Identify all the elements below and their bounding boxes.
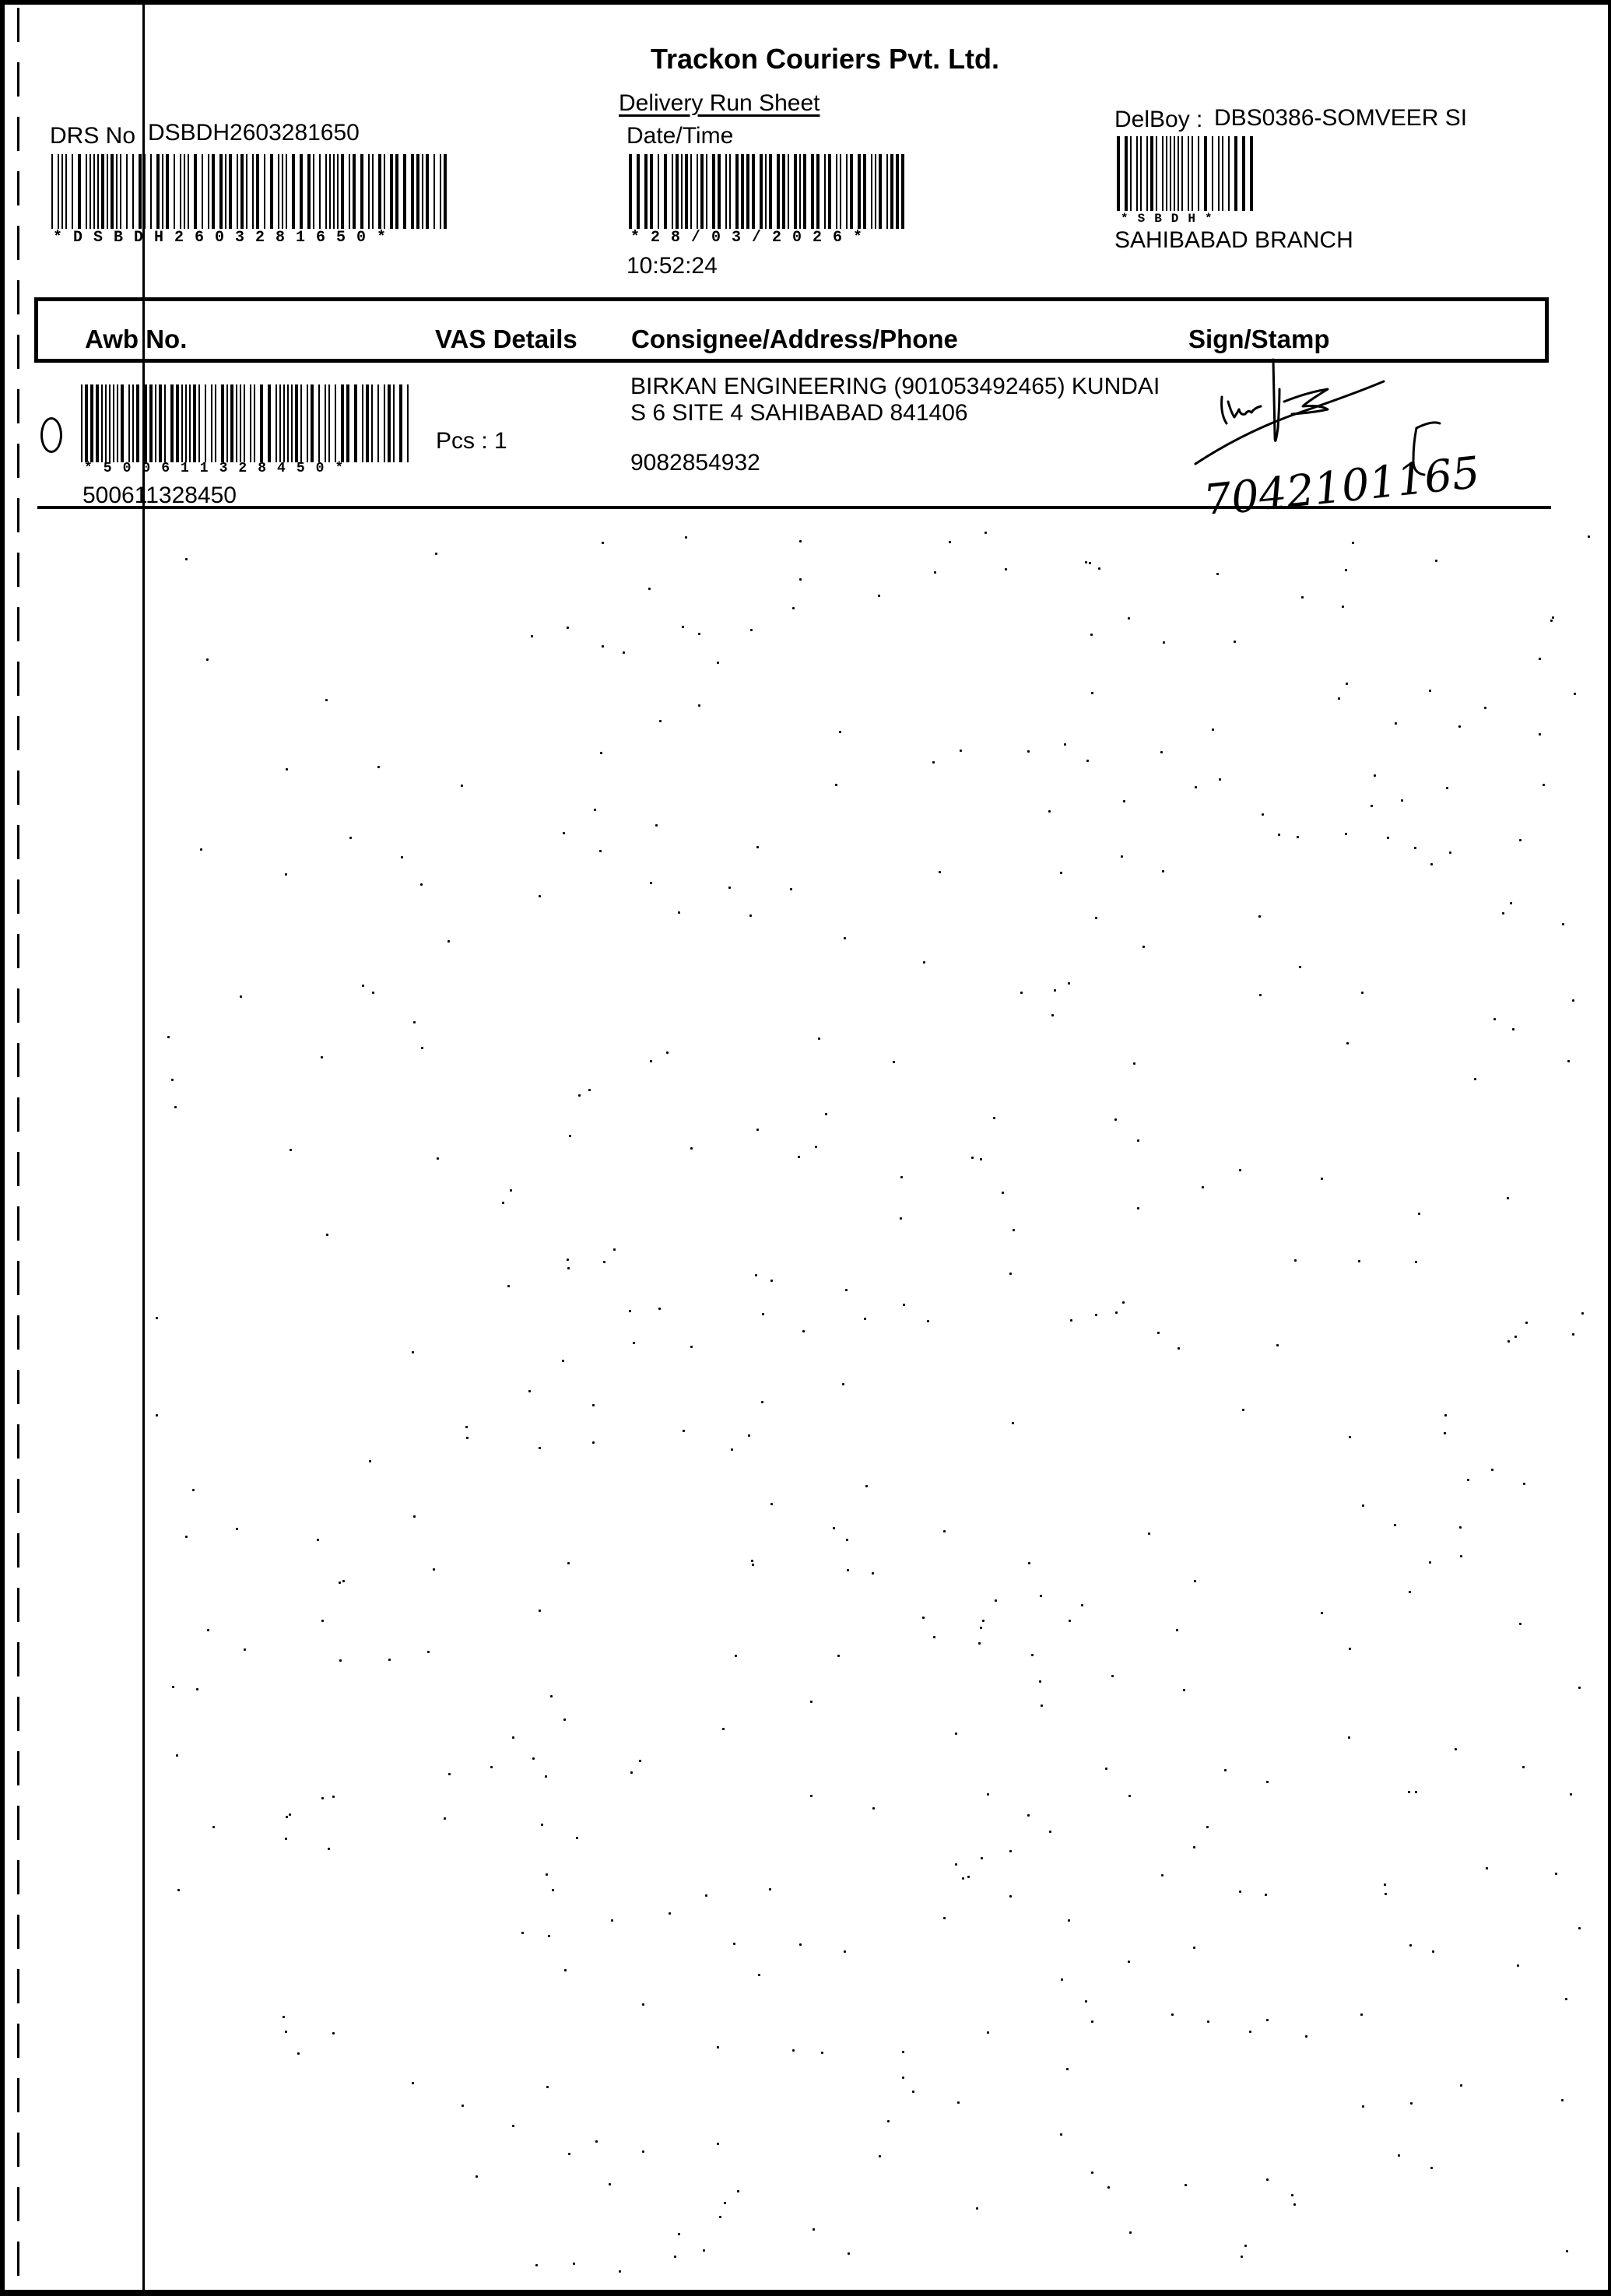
page-border-right: [1608, 0, 1611, 2296]
date-barcode-caption: *28/03/2026*: [630, 229, 873, 247]
page-border-bottom: [0, 2290, 1611, 2296]
handwritten-signature: 7042101165: [1183, 358, 1510, 514]
delboy-barcode-caption: *SBDH*: [1121, 212, 1222, 226]
row-bottom-border: [37, 506, 1551, 509]
date-barcode: [629, 154, 909, 229]
time-value: 10:52:24: [626, 253, 718, 279]
branch-name: SAHIBABAD BRANCH: [1114, 227, 1353, 254]
drs-barcode-caption: *DSBDH2603281650*: [53, 229, 397, 247]
column-consignee: Consignee/Address/Phone: [631, 325, 958, 354]
awb-barcode-caption: *500611328450*: [84, 461, 354, 476]
perforation-line: [17, 8, 19, 2280]
page-border-top: [0, 0, 1611, 5]
drs-barcode: [51, 154, 450, 229]
table-header: Awb No. VAS Details Consignee/Address/Ph…: [34, 297, 1549, 363]
consignee-phone: 9082854932: [630, 450, 760, 476]
column-vas-details: VAS Details: [435, 325, 577, 354]
consignee-address: S 6 SITE 4 SAHIBABAD 841406: [630, 400, 968, 427]
company-name: Trackon Couriers Pvt. Ltd.: [0, 43, 1611, 75]
column-awb-no: Awb No.: [85, 325, 187, 354]
column-sign-stamp: Sign/Stamp: [1188, 325, 1330, 354]
vas-details: Pcs : 1: [436, 428, 507, 455]
drs-label: DRS No: [50, 123, 135, 149]
delboy-barcode: [1117, 136, 1257, 211]
awb-barcode: [81, 384, 411, 462]
delboy-value: DBS0386-SOMVEER SI: [1214, 105, 1481, 132]
drs-number: DSBDH2603281650: [148, 120, 360, 146]
awb-number: 500611328450: [82, 483, 237, 509]
consignee-name: BIRKAN ENGINEERING (901053492465) KUNDAI: [630, 374, 1181, 400]
document-title: Delivery Run Sheet: [619, 90, 820, 117]
page-border-left: [0, 0, 5, 2296]
row-marker-circle: [40, 417, 62, 453]
datetime-label: Date/Time: [626, 123, 733, 149]
delboy-label: DelBoy :: [1114, 107, 1202, 133]
svg-text:7042101165: 7042101165: [1201, 448, 1482, 514]
